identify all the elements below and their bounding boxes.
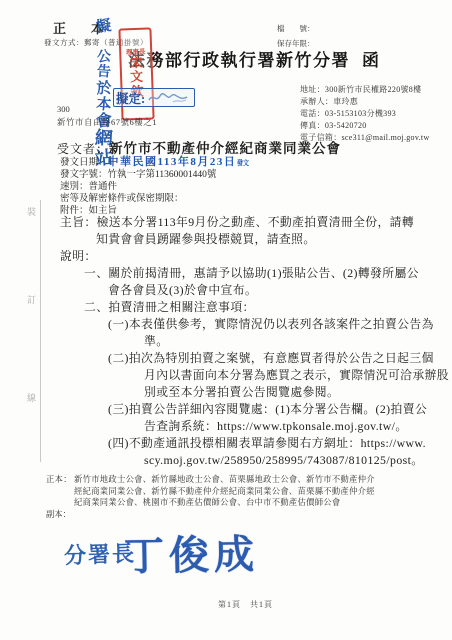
- original-copies-list: 新竹市地政士公會、新竹縣地政士公會、苗栗縣地政士公會、新竹市不動產仲介 經紀商業…: [74, 474, 436, 509]
- recipient-address: 新竹市自由路67號6樓之1: [57, 116, 157, 128]
- description-subitem: (一)本表僅供參考，實際情況仍以表列各該案件之拍賣公告為: [108, 316, 440, 333]
- contact-person: 承辦人：車玲惠: [300, 96, 430, 108]
- auction-system-url: 告查詢系統：https://www.tpkonsale.moj.gov.tw/。: [144, 418, 440, 435]
- sender-address: 地址：300新竹市民權路220號8樓: [300, 84, 430, 96]
- binding-char: 線: [27, 391, 36, 404]
- security-classification: 密等及解密條件或保密期限：: [60, 193, 250, 205]
- red-stamp-name-char: 文: [130, 70, 144, 85]
- cc-copies-label: 副本：: [46, 508, 71, 520]
- recipient-label: 受文者：: [57, 142, 109, 156]
- description-subitem: 月內以書面向本分署為應買之表示，實際情況可洽承辦股: [144, 367, 440, 384]
- binding-line: [40, 200, 41, 462]
- original-copies-line: 紀商業同業公會、桃園市不動產估價師公會、台中市不動產估價師公會: [74, 497, 436, 509]
- original-copies-line: 新竹市地政士公會、新竹縣地政士公會、苗栗縣地政士公會、新竹市不動產仲介: [74, 474, 436, 486]
- issue-date-stamp: 中華民國113年8月23日: [108, 156, 237, 168]
- issue-date-label: 發文日期：: [60, 158, 108, 168]
- original-copies-line: 經紀商業同業公會、新竹縣不動產仲介經紀商業同業公會、苗栗縣不動產仲介經: [74, 486, 436, 498]
- description-subitem: (四)不動產通訊投標相關表單請參閱右方網址：https://www.: [108, 435, 440, 452]
- agency-name: 法務部行政執行署新竹分署: [128, 51, 350, 70]
- description-item: 會各會員及(3)於會中宣布。: [108, 282, 440, 299]
- recipient-line: 受文者：新竹市不動產仲介經紀商業同業公會: [57, 137, 341, 157]
- delivery-speed: 速別：普通件: [60, 181, 250, 193]
- sender-contact-block: 地址：300新竹市民權路220號8樓 承辦人：車玲惠 電話：03-5153103…: [300, 84, 430, 144]
- subject-line: 主旨：檢送本分署113年9月份之動產、不動產拍賣清冊全份，請轉: [60, 214, 440, 231]
- recipient-zip: 300: [57, 104, 70, 114]
- description-item: 一、關於前揭清冊，惠請予以協助(1)張貼公告、(2)轉發所屬公: [84, 265, 440, 282]
- binding-char: 裝: [27, 205, 36, 218]
- contact-fax: 傳真：03-5420720: [300, 120, 430, 132]
- document-number: 發文字號：竹執一字第11360001440號: [60, 169, 250, 181]
- signer-name-stamp: 丁俊成: [124, 523, 260, 582]
- binding-char: 訂: [27, 293, 36, 306]
- description-subitem: 別或至本分署拍賣公告閱覽處參閱。: [144, 384, 440, 401]
- draft-stamp-label: 擬定:: [116, 89, 145, 107]
- handwriting-scribble: [147, 91, 189, 105]
- postal-bid-url: scy.moj.gov.tw/258950/258995/743087/8101…: [144, 452, 440, 469]
- agency-title: 法務部行政執行署新竹分署函: [128, 46, 381, 71]
- issue-date-suffix-stamp: 發文: [237, 157, 249, 169]
- description-item: 二、拍賣清冊之相關注意事項：: [84, 299, 440, 316]
- contact-phone: 電話：03-5153103分機393: [300, 108, 430, 120]
- description-subitem: (三)拍賣公告詳細內容閱覽處：(1)本分署公告欄。(2)拍賣公: [108, 401, 440, 418]
- page-number-footer: 第1頁 共1頁: [218, 599, 273, 610]
- document-meta-block: 發文日期：中華民國113年8月23日發文 發文字號：竹執一字第113600014…: [60, 156, 250, 217]
- description-head: 說明：: [60, 248, 440, 265]
- subject-line: 知貴會會員踴躍參與投標競買，請查照。: [96, 231, 440, 248]
- file-number-label: 檔 號：: [277, 23, 315, 34]
- description-subitem: (二)拍次為特別拍賣之案號，有意應買者得於公告之日起三個: [108, 350, 440, 367]
- distribution-block: 正本： 新竹市地政士公會、新竹縣地政士公會、苗栗縣地政士公會、新竹市不動產仲介 …: [46, 474, 436, 509]
- description-subitem: 準。: [144, 333, 440, 350]
- draft-approval-stamp: 擬定:: [113, 88, 195, 107]
- original-copies-label: 正本：: [46, 474, 72, 486]
- letter-body: 主旨：檢送本分署113年9月份之動產、不動產拍賣清冊全份，請轉 知貴會會員踴躍參…: [60, 214, 440, 469]
- recipient-name: 新竹市不動產仲介經紀商業同業公會: [109, 141, 341, 156]
- document-type: 函: [362, 51, 381, 70]
- handwritten-draft-mark: 擬: [95, 14, 113, 37]
- scanned-official-letter: 裝 訂 線 正 本 發文方式：郵寄（普通掛號） 檔 號： 保存年限： 法務部行政…: [0, 0, 452, 640]
- issue-date-line: 發文日期：中華民國113年8月23日發文: [60, 156, 250, 169]
